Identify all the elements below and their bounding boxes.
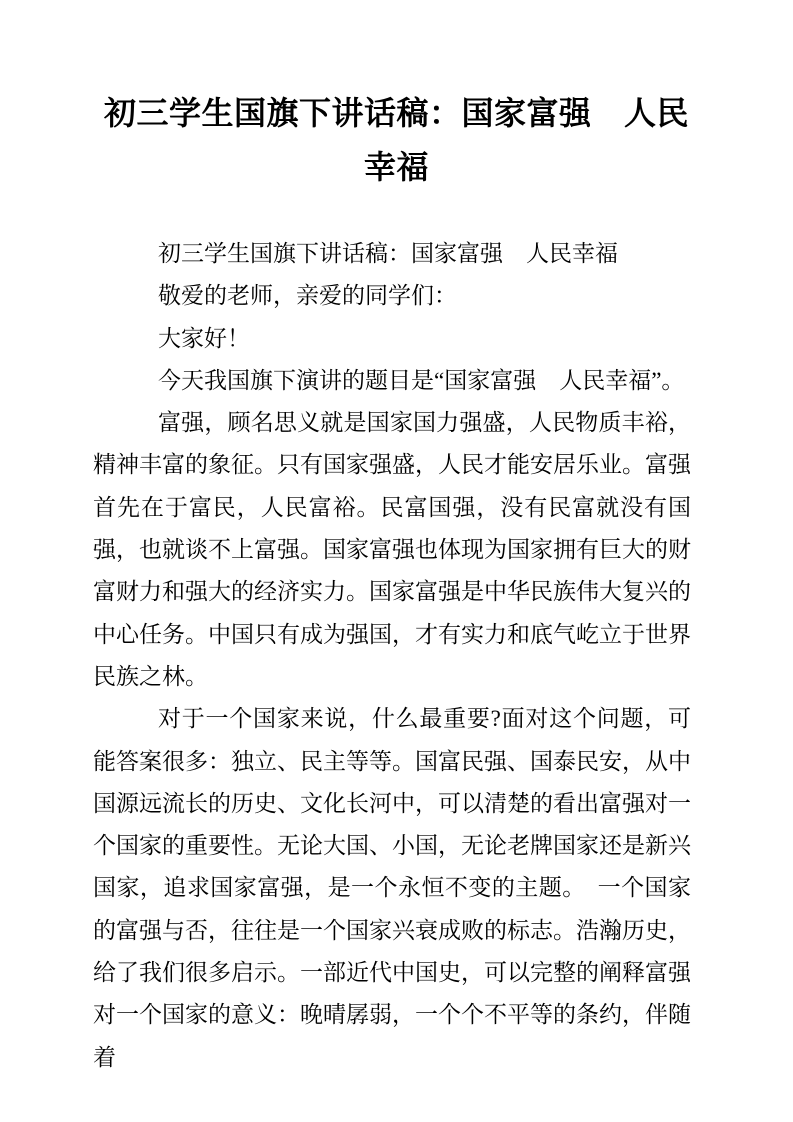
paragraph-body-2: 对于一个国家来说，什么最重要?面对这个问题，可能答案很多：独立、民主等等。国富民…	[93, 698, 691, 1079]
paragraph-heading-line: 初三学生国旗下讲话稿：国家富强 人民幸福	[93, 233, 691, 275]
document-page: 初三学生国旗下讲话稿：国家富强 人民幸福 初三学生国旗下讲话稿：国家富强 人民幸…	[0, 0, 793, 1122]
paragraph-body-1: 富强，顾名思义就是国家国力强盛，人民物质丰裕，精神丰富的象征。只有国家强盛，人民…	[93, 402, 691, 698]
paragraph-topic-intro: 今天我国旗下演讲的题目是“国家富强 人民幸福”。	[93, 360, 691, 402]
document-body: 初三学生国旗下讲话稿：国家富强 人民幸福 敬爱的老师，亲爱的同学们： 大家好！ …	[93, 233, 691, 1079]
paragraph-greeting: 大家好！	[93, 318, 691, 360]
paragraph-salutation: 敬爱的老师，亲爱的同学们：	[93, 275, 691, 317]
document-title: 初三学生国旗下讲话稿：国家富强 人民幸福	[97, 86, 697, 194]
